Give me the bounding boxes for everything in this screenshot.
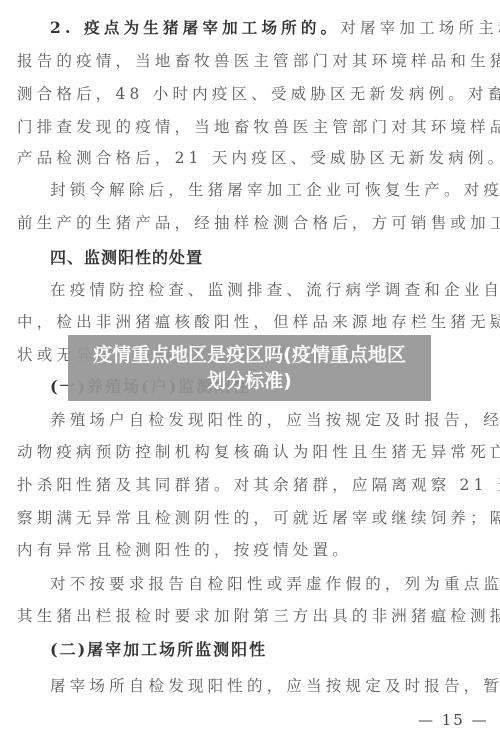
paragraph-line: 在疫情防控检查、监测排查、流行病学调查和企业自检等活动: [50, 280, 483, 300]
title-overlay-banner: 疫情重点地区是疫区吗(疫情重点地区划分标准): [68, 335, 431, 401]
paragraph-line: 测合格后，48 小时内疫区、受威胁区无新发病例。对畜牧兽医部: [17, 84, 483, 104]
paragraph-line: 屠宰场所自检发现阳性的，应当按规定及时报告，暂停生猪屠: [50, 676, 483, 696]
paragraph-line: 察期满无异常且检测阴性的，可就近屠宰或继续饲养；隔离观察期: [17, 508, 483, 528]
paragraph-line: 前生产的生猪产品，经抽样检测合格后，方可销售或加工使用。: [17, 213, 483, 233]
paragraph-line: 产品检测合格后，21 天内疫区、受威胁区无新发病例。: [17, 148, 483, 168]
section-heading: 四、监测阳性的处置: [50, 248, 203, 268]
paragraph-line: 扑杀阳性猪及其同群猪。对其余猪群，应隔离观察 21 天。隔离观: [17, 475, 483, 495]
bold-lead: 2. 疫点为生猪屠宰加工场所的。: [50, 18, 340, 37]
paragraph-line: 养殖场户自检发现阳性的，应当按规定及时报告，经县级以上: [50, 410, 483, 430]
subsection-heading: (二)屠宰加工场所监测阳性: [50, 640, 267, 660]
paragraph-line: 其生猪出栏报检时要求加附第三方出具的非洲猪瘟检测报告。: [17, 606, 483, 626]
paragraph-line: 动物疫病预防控制机构复核确认为阳性且生猪无异常死亡的，应: [17, 442, 483, 462]
paragraph-line: 对不按要求报告自检阳性或弄虚作假的，列为重点监控场户，: [50, 574, 483, 594]
paragraph-line: 中，检出非洲猪瘟核酸阳性，但样品来源地存栏生猪无疑似临床症: [17, 312, 483, 332]
paragraph-line: 内有异常且检测阳性的，按疫情处置。: [17, 540, 483, 560]
paragraph-line: 门排查发现的疫情，当地畜牧兽医主管部门对其环境样品和生猪: [17, 117, 483, 137]
article-title: 疫情重点地区是疫区吗(疫情重点地区划分标准): [85, 342, 415, 394]
page-number: — 15 —: [418, 711, 489, 729]
paragraph-line: 报告的疫情，当地畜牧兽医主管部门对其环境样品和生猪产品检: [17, 51, 483, 71]
paragraph-line: 2. 疫点为生猪屠宰加工场所的。对屠宰加工场所主动排查: [50, 18, 483, 38]
paragraph-line: 封锁令解除后，生猪屠宰加工企业可恢复生产。对疫情发生: [50, 180, 483, 200]
